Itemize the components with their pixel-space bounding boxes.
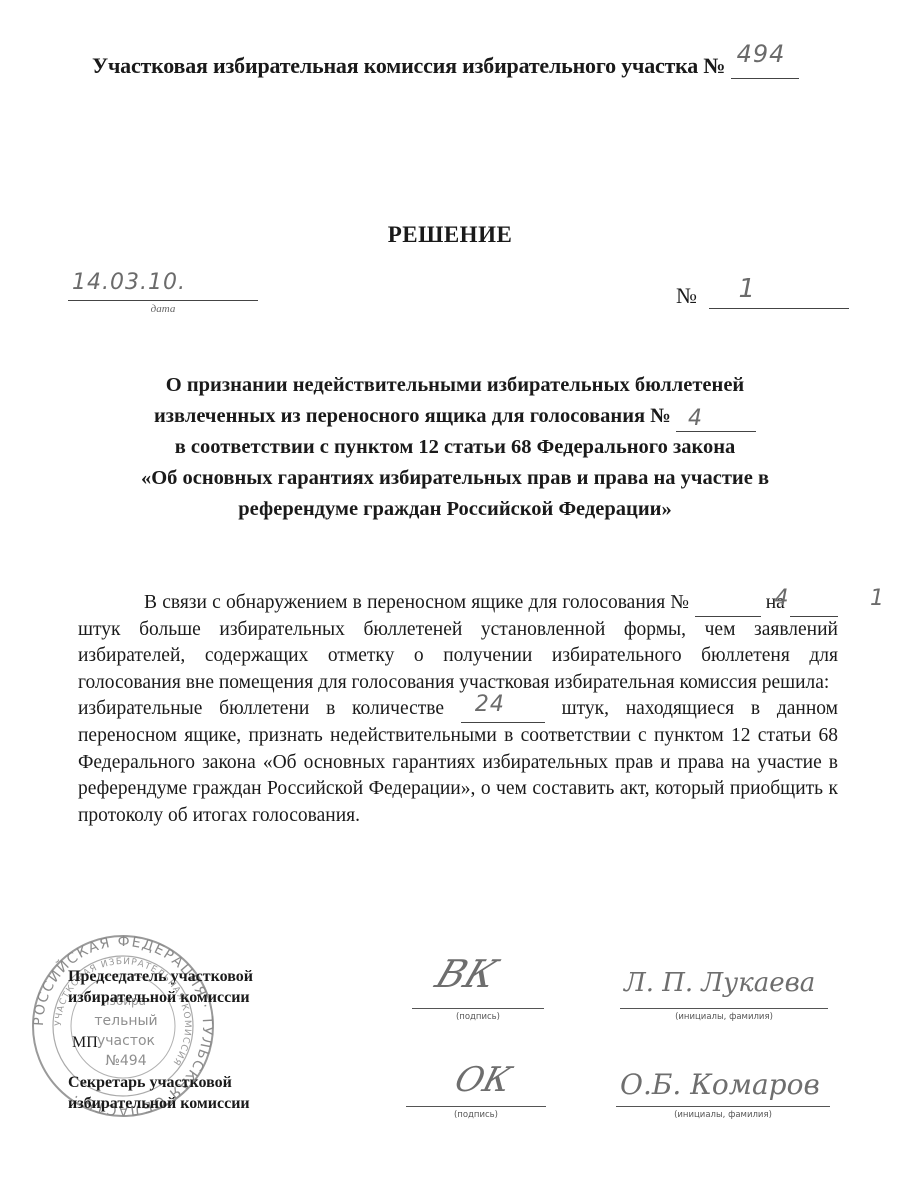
subject-line-1: О признании недействительными избиратель… xyxy=(60,370,850,401)
subject-line-3: в соответствии с пунктом 12 статьи 68 Фе… xyxy=(60,432,850,463)
svg-text:тельный: тельный xyxy=(94,1013,157,1029)
secretary-name-caption: (инициалы, фамилия) xyxy=(616,1110,830,1120)
svg-text:участок: участок xyxy=(97,1033,155,1049)
excess-ballot-count: 1 xyxy=(804,586,885,613)
secretary-signature: ОК xyxy=(451,1060,516,1100)
invalid-ballot-count: 24 xyxy=(475,692,505,719)
chairman-name-caption: (инициалы, фамилия) xyxy=(620,1012,828,1022)
chairman-name: Л. П. Лукаева xyxy=(624,968,815,998)
chairman-signature-line xyxy=(412,1008,544,1009)
number-label: № xyxy=(676,283,697,308)
secretary-signature-caption: (подпись) xyxy=(406,1110,546,1120)
decision-body: В связи с обнаружением в переносном ящик… xyxy=(78,590,838,829)
subject-box-number: 4 xyxy=(688,403,703,434)
decision-subject: О признании недействительными избиратель… xyxy=(60,370,850,525)
precinct-number-field: 494 xyxy=(731,52,799,79)
secretary-name-line xyxy=(616,1106,830,1107)
date-field: 14.03.10. дата xyxy=(68,270,258,315)
chairman-signature: ВК xyxy=(430,952,503,996)
body-box-number: 4 xyxy=(709,586,790,613)
date-caption: дата xyxy=(68,303,258,315)
document-title: РЕШЕНИЕ xyxy=(0,222,900,248)
date-value: 14.03.10. xyxy=(72,270,186,295)
subject-line-2: извлеченных из переносного ящика для гол… xyxy=(60,401,850,432)
secretary-name: О.Б. Комаров xyxy=(620,1068,820,1101)
decision-number: 1 xyxy=(739,274,757,304)
header-text: Участковая избирательная комиссия избира… xyxy=(92,53,725,78)
subject-line-4: «Об основных гарантиях избирательных пра… xyxy=(60,463,850,494)
body-paragraph-1: В связи с обнаружением в переносном ящик… xyxy=(78,590,838,696)
chairman-name-line xyxy=(620,1008,828,1009)
seal-label: МП xyxy=(72,1032,98,1053)
secretary-signature-line xyxy=(406,1106,546,1107)
svg-text:№494: №494 xyxy=(105,1053,146,1069)
subject-line-5: референдуме граждан Российской Федерации… xyxy=(60,494,850,525)
commission-header: Участковая избирательная комиссия избира… xyxy=(92,52,799,79)
chairman-signature-caption: (подпись) xyxy=(412,1012,544,1022)
body-paragraph-2: избирательные бюллетени в количестве 24 … xyxy=(78,696,838,829)
decision-number-field: № 1 xyxy=(676,282,849,309)
secretary-label: Секретарь участковой избирательной комис… xyxy=(68,1072,250,1114)
precinct-number: 494 xyxy=(737,40,786,68)
chairman-label: Председатель участковой избирательной ко… xyxy=(68,966,253,1008)
